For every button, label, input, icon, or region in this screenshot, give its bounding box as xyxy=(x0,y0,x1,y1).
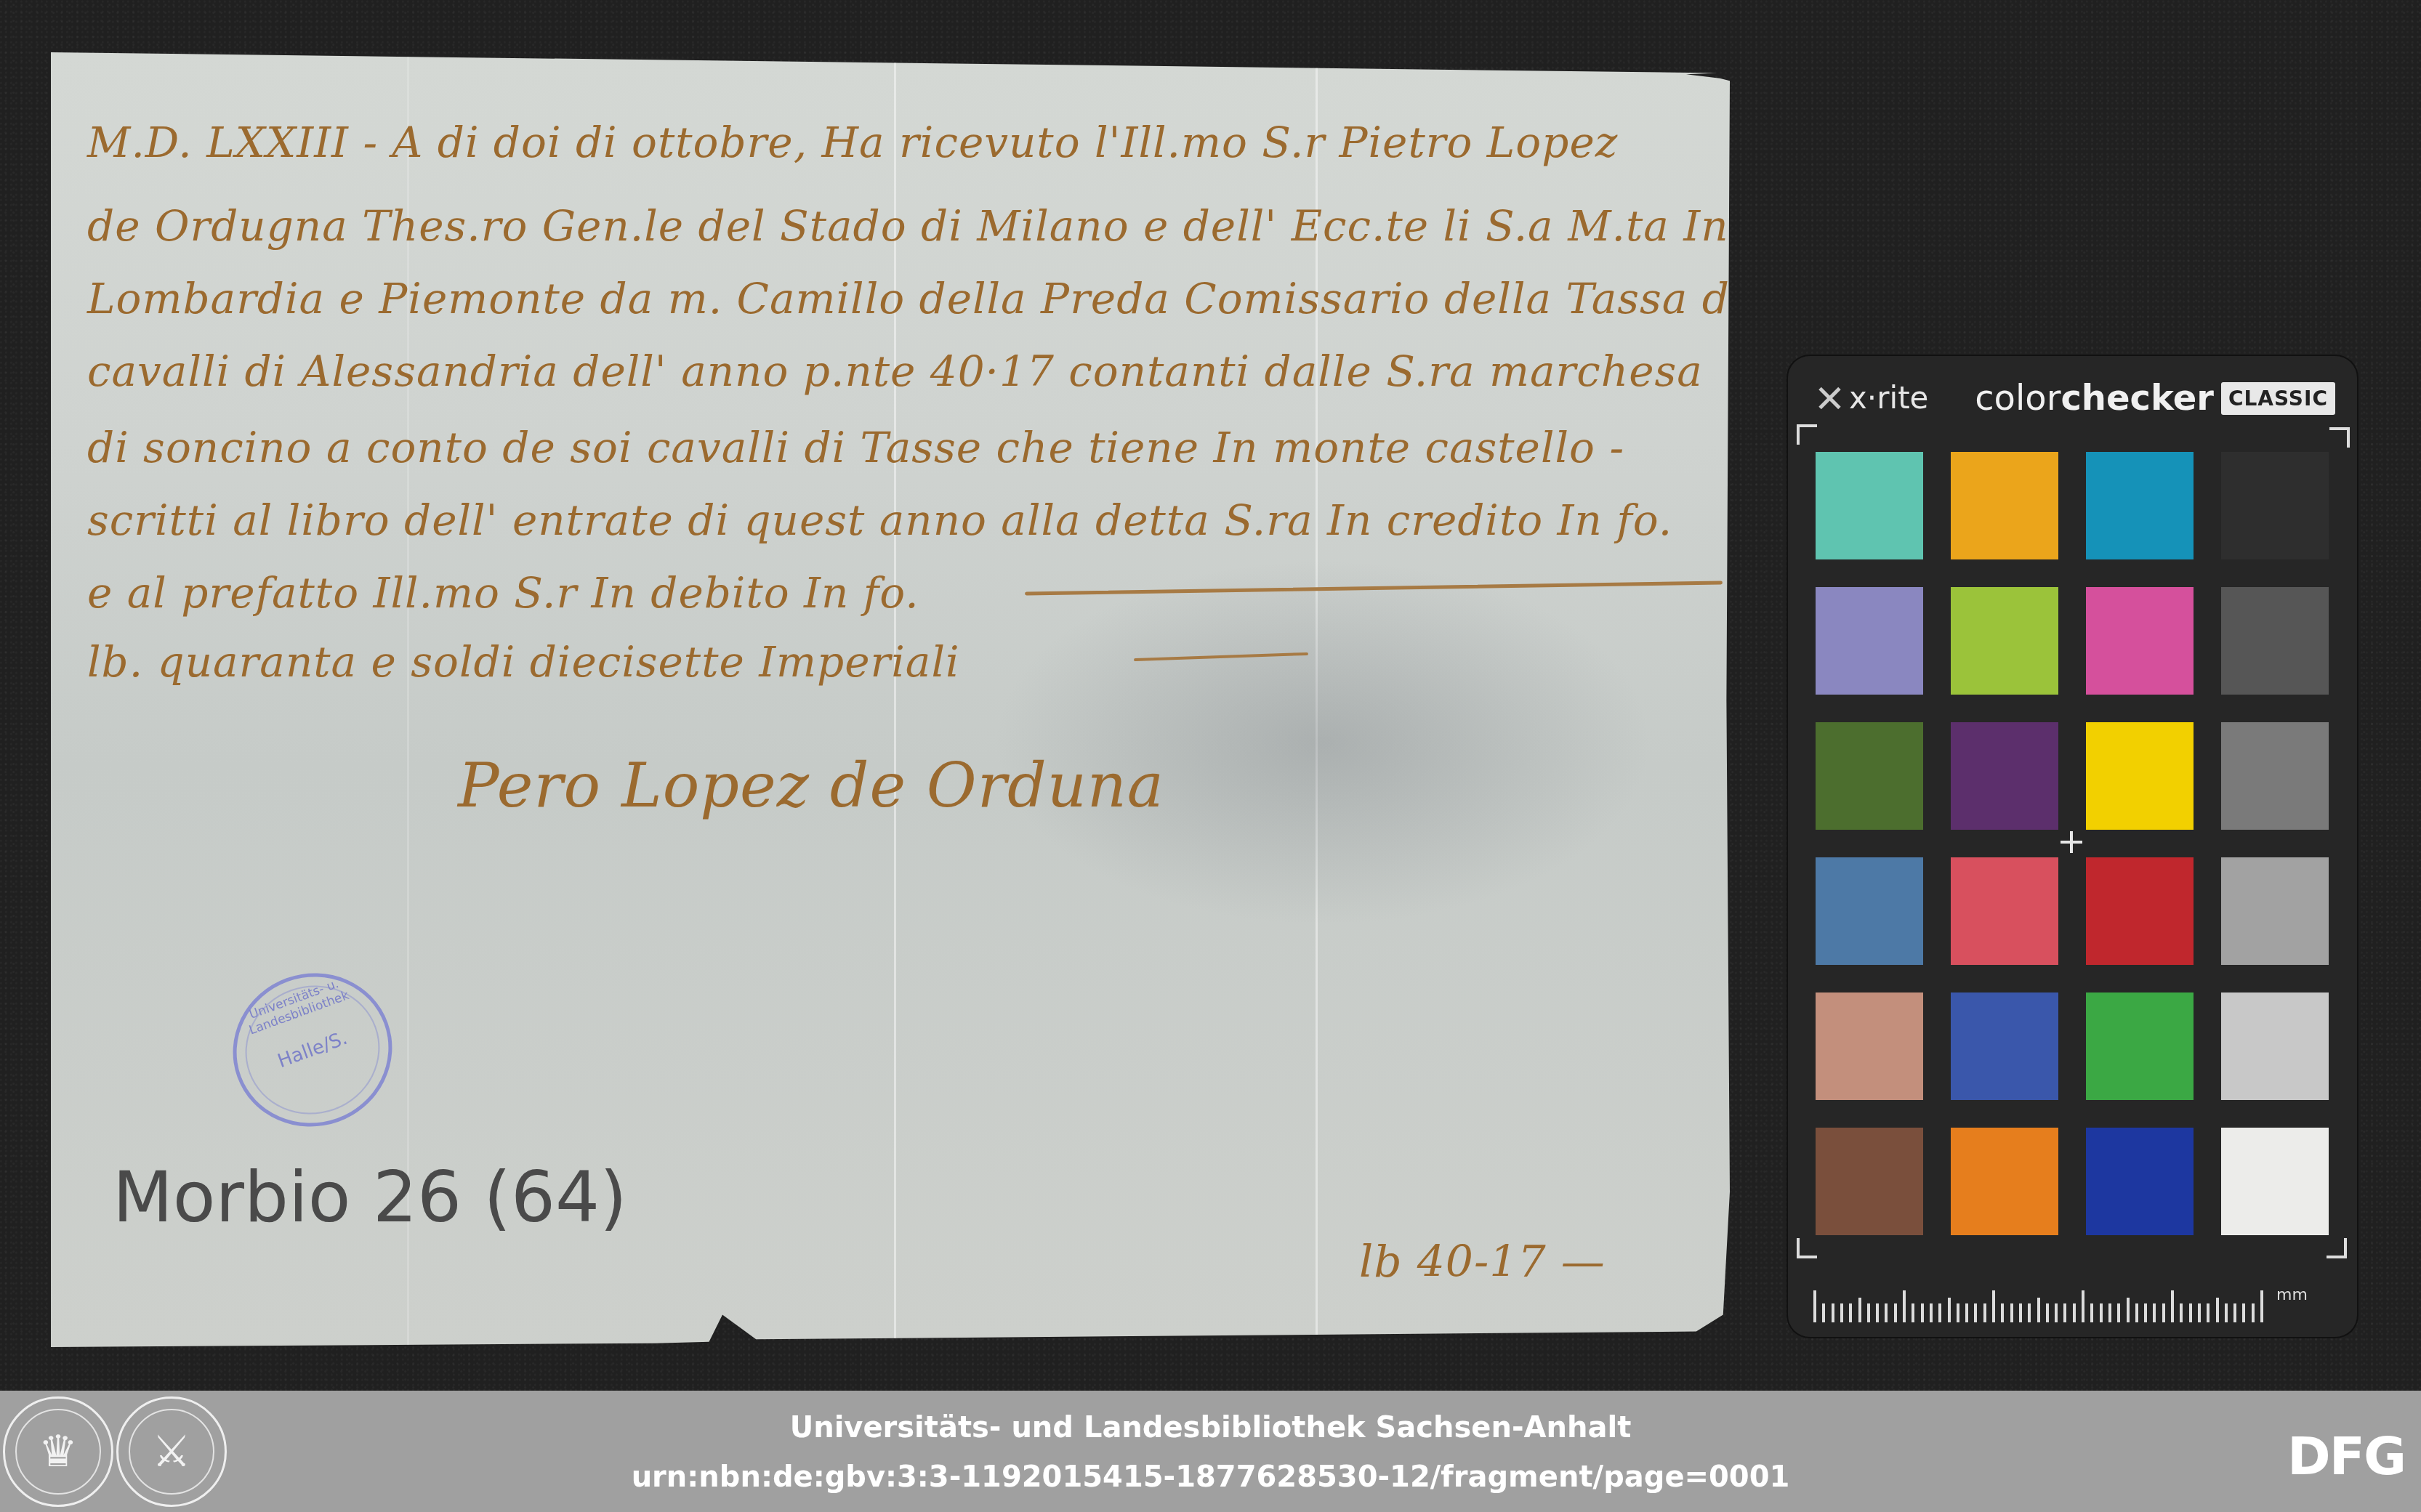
classic-badge: CLASSIC xyxy=(2221,382,2335,415)
color-patch xyxy=(2086,992,2194,1100)
signature: Pero Lopez de Orduna xyxy=(458,750,1164,821)
ruler-tick xyxy=(1867,1303,1870,1322)
ruler-tick xyxy=(2198,1303,2201,1322)
bottom-amount-note: lb 40-17 — xyxy=(1359,1237,1606,1287)
color-patch xyxy=(1816,722,1923,830)
color-patch xyxy=(1816,857,1923,965)
product-name-bold: checker xyxy=(2061,378,2214,419)
color-patch xyxy=(1951,452,2058,559)
ruler-tick xyxy=(1938,1303,1941,1322)
ruler-tick xyxy=(2117,1303,2120,1322)
ruler-tick xyxy=(1903,1290,1906,1322)
color-patch xyxy=(2086,1128,2194,1235)
manuscript-page: M.D. LXXIII - A di doi di ottobre, Ha ri… xyxy=(51,52,1730,1347)
product-name: colorchecker CLASSIC xyxy=(1975,378,2335,419)
crosshair-icon xyxy=(2061,831,2082,853)
ruler-tick xyxy=(2225,1303,2228,1322)
ruler-tick xyxy=(2100,1303,2103,1322)
manuscript-line-5: di soncino a conto de soi cavalli di Tas… xyxy=(87,423,1624,472)
ruler-tick xyxy=(1813,1290,1816,1322)
color-patch xyxy=(1951,722,2058,830)
ruler-tick xyxy=(2135,1303,2138,1322)
ruler-tick xyxy=(2055,1303,2058,1322)
ruler-tick xyxy=(2019,1303,2022,1322)
ruler-tick xyxy=(2233,1303,2236,1322)
color-patch xyxy=(2221,857,2329,965)
ruler-tick xyxy=(2090,1303,2093,1322)
library-stamp: Universitäts- u. Landesbibliothek Halle/… xyxy=(212,951,414,1149)
ruler-tick xyxy=(2037,1298,2040,1322)
ruler-tick xyxy=(2252,1303,2255,1322)
corner-mark-icon xyxy=(1797,424,1817,445)
ruler-tick xyxy=(1974,1303,1977,1322)
color-patch xyxy=(2086,452,2194,559)
color-patch xyxy=(2086,587,2194,695)
ruler-tick xyxy=(1849,1303,1852,1322)
ruler-tick xyxy=(2260,1290,2263,1322)
ruler-tick xyxy=(1876,1303,1879,1322)
color-patch xyxy=(2086,857,2194,965)
ruler-tick xyxy=(2216,1298,2219,1322)
manuscript-line-2: de Ordugna Thes.ro Gen.le del Stado di M… xyxy=(87,201,1744,251)
color-patch xyxy=(2221,992,2329,1100)
ruler-tick xyxy=(1885,1303,1888,1322)
ruler-tick xyxy=(2108,1303,2111,1322)
brand-name: x·rite xyxy=(1849,380,1928,416)
corner-mark-icon xyxy=(2327,1238,2347,1258)
ruler-tick xyxy=(2144,1303,2147,1322)
manuscript-line-7: e al prefatto Ill.mo S.r In debito In fo… xyxy=(87,568,919,618)
footer-bar: ♛ ⚔ Universitäts- und Landesbibliothek S… xyxy=(0,1391,2421,1512)
manuscript-line-4: cavalli di Alessandria dell' anno p.nte … xyxy=(87,347,1703,396)
institution-name: Universitäts- und Landesbibliothek Sachs… xyxy=(0,1411,2421,1444)
color-patch xyxy=(1816,1128,1923,1235)
ruler-unit: mm xyxy=(2276,1286,2308,1304)
ruler-tick xyxy=(2127,1298,2130,1322)
ruler-tick xyxy=(2010,1303,2013,1322)
ruler-tick xyxy=(2153,1303,2156,1322)
ruler-tick xyxy=(1840,1303,1843,1322)
paper-stain xyxy=(996,561,1650,924)
color-patch xyxy=(2221,722,2329,830)
ruler-tick xyxy=(1912,1303,1914,1322)
color-patch xyxy=(2221,587,2329,695)
ruler-tick xyxy=(1965,1303,1968,1322)
ruler-tick xyxy=(2073,1303,2076,1322)
color-patch xyxy=(1816,587,1923,695)
manuscript-line-6: scritti al libro dell' entrate di quest … xyxy=(87,496,1672,545)
ruler-tick xyxy=(1983,1303,1986,1322)
color-patch xyxy=(1951,1128,2058,1235)
ruler-tick xyxy=(1832,1303,1834,1322)
ruler-tick xyxy=(2063,1303,2066,1322)
xrite-logo: x·rite xyxy=(1817,380,1928,416)
ruler-tick xyxy=(2189,1303,2192,1322)
manuscript-line-8: lb. quaranta e soldi diecisette Imperial… xyxy=(87,637,960,687)
ruler-tick xyxy=(2207,1303,2209,1322)
ruler-tick xyxy=(1992,1290,1995,1322)
xrite-mark-icon xyxy=(1817,386,1842,411)
ruler-tick xyxy=(1930,1303,1933,1322)
ruler-tick xyxy=(1822,1303,1825,1322)
ruler-tick xyxy=(2082,1290,2084,1322)
dfg-logo: DFG xyxy=(2287,1426,2405,1487)
ruler-tick xyxy=(1858,1298,1861,1322)
pencil-shelfmark: Morbio 26 (64) xyxy=(113,1157,627,1238)
urn-identifier[interactable]: urn:nbn:de:gbv:3:3-1192015415-1877628530… xyxy=(0,1460,2421,1494)
ruler-tick xyxy=(1957,1303,1959,1322)
color-patch xyxy=(1951,857,2058,965)
ruler-tick xyxy=(2028,1303,2031,1322)
color-patch xyxy=(2086,722,2194,830)
ruler-tick xyxy=(2171,1290,2174,1322)
corner-mark-icon xyxy=(1797,1238,1817,1258)
corner-mark-icon xyxy=(2329,427,2350,448)
ruler-tick xyxy=(2001,1303,2004,1322)
color-patch xyxy=(1951,992,2058,1100)
color-patch xyxy=(1951,587,2058,695)
color-patch xyxy=(1816,452,1923,559)
ruler-tick xyxy=(1948,1298,1951,1322)
mm-ruler xyxy=(1813,1286,2264,1322)
manuscript-line-3: Lombardia e Piemonte da m. Camillo della… xyxy=(87,274,1755,323)
color-patch xyxy=(2221,1128,2329,1235)
product-name-light: color xyxy=(1975,378,2061,419)
manuscript-line-1: M.D. LXXIII - A di doi di ottobre, Ha ri… xyxy=(87,118,1618,167)
ruler-tick xyxy=(1921,1303,1924,1322)
color-patch xyxy=(2221,452,2329,559)
ruler-tick xyxy=(2242,1303,2245,1322)
color-patch xyxy=(1816,992,1923,1100)
ruler-tick xyxy=(2180,1303,2183,1322)
colorchecker-card: x·rite colorchecker CLASSIC mm xyxy=(1788,356,2357,1337)
ruler-tick xyxy=(2046,1303,2049,1322)
ruler-tick xyxy=(1894,1303,1897,1322)
ruler-tick xyxy=(2162,1303,2165,1322)
